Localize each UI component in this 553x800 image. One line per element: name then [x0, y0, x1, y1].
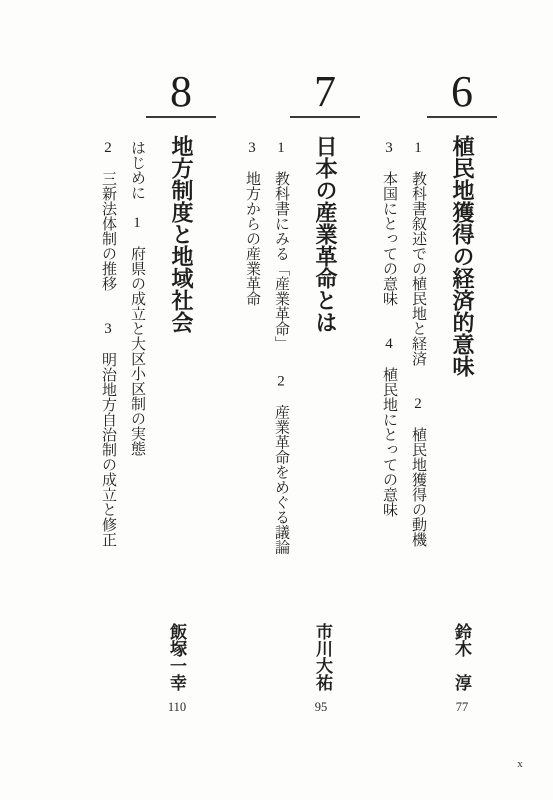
chapter-subitems-column: 1 教科書にみる「産業革命」 2 産業革命をめぐる議論	[273, 135, 289, 555]
chapter-title: 日本の産業革命とは	[312, 135, 338, 555]
toc-page: 6 植民地獲得の経済的意味 1 教科書叙述での植民地と経済 2 植民地獲得の動機…	[0, 0, 553, 800]
chapter-title: 地方制度と地域社会	[168, 135, 194, 547]
chapter-author: 鈴木 淳	[451, 623, 471, 691]
chapter-page-number: 95	[299, 700, 343, 715]
chapter-title: 植民地獲得の経済的意味	[449, 135, 475, 547]
chapter-subitems-column: 2 三新法体制の推移 3 明治地方自治制の成立と修正	[100, 135, 116, 547]
chapter-body: 日本の産業革命とは 1 教科書にみる「産業革命」 2 産業革命をめぐる議論 3 …	[231, 135, 338, 555]
chapter-number: 7	[290, 68, 360, 118]
chapter-page-number: 110	[155, 700, 199, 715]
folio-page-number: x	[508, 758, 532, 770]
chapter-author: 市川大祐	[312, 623, 332, 691]
chapter-subitems-column: 3 地方からの産業革命	[244, 135, 260, 555]
chapter-author: 飯塚一幸	[166, 623, 186, 691]
chapter-page-number: 77	[440, 700, 484, 715]
chapter-number: 6	[427, 68, 497, 118]
chapter-subitems-column: 1 教科書叙述での植民地と経済 2 植民地獲得の動機	[410, 135, 426, 547]
chapter-body: 地方制度と地域社会 はじめに 1 府県の成立と大区小区制の実態 2 三新法体制の…	[87, 135, 194, 547]
chapter-body: 植民地獲得の経済的意味 1 教科書叙述での植民地と経済 2 植民地獲得の動機 3…	[368, 135, 475, 547]
chapter-number: 8	[146, 68, 216, 118]
chapter-subitems-column: 3 本国にとっての意味 4 植民地にとっての意味	[381, 135, 397, 547]
chapter-subitems-column: はじめに 1 府県の成立と大区小区制の実態	[129, 135, 145, 547]
